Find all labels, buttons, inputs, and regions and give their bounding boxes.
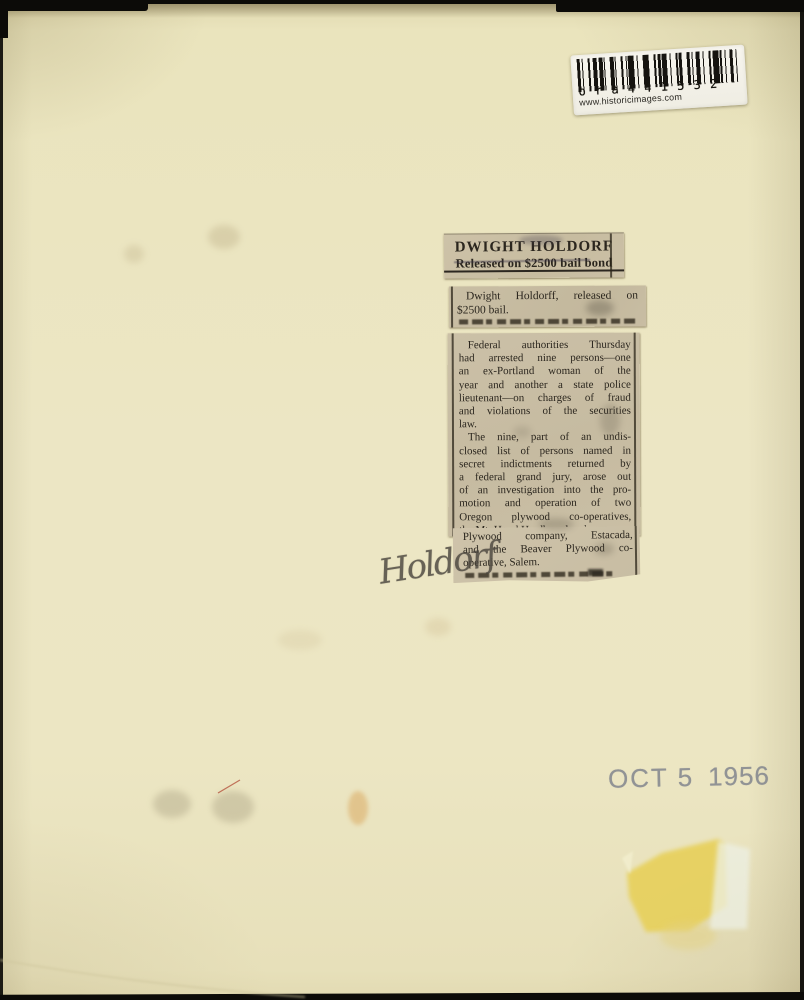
article-line: law. bbox=[459, 418, 631, 432]
scan-edge-left bbox=[0, 0, 3, 1000]
article-line: Oregon plywood co-operatives, bbox=[459, 510, 631, 524]
clipping-article: Federal authorities Thursday had arreste… bbox=[448, 333, 641, 537]
stain-blotch bbox=[278, 630, 322, 650]
caption-cutoff-line bbox=[459, 319, 637, 325]
article-line: a federal grand jury, arose out bbox=[459, 471, 631, 485]
article-line: motion and operation of two bbox=[459, 497, 631, 511]
photo-back-scan: o r a 4 4 1 5 3 2 www.historicimages.com… bbox=[0, 0, 804, 1000]
tape-residue-yellow bbox=[627, 839, 727, 932]
date-stamp-month-day: OCT 5 bbox=[608, 762, 695, 794]
scan-edge-right bbox=[800, 0, 804, 1000]
stain-orange bbox=[348, 791, 368, 825]
stain-blotch bbox=[153, 790, 191, 818]
column-rule bbox=[452, 333, 455, 536]
stains-overlay bbox=[0, 0, 804, 1000]
tape-notch-highlight bbox=[622, 851, 633, 874]
headline-bottom-rule bbox=[444, 269, 624, 272]
scan-edge-top-right bbox=[556, 0, 804, 12]
column-rule bbox=[634, 333, 637, 536]
crease-line bbox=[0, 960, 305, 997]
article-line: year and another a state police bbox=[459, 378, 631, 392]
scan-edge-top-left bbox=[0, 0, 148, 11]
tape-residue-white bbox=[710, 841, 750, 929]
caption-line: $2500 bail. bbox=[457, 303, 638, 317]
column-rule bbox=[635, 526, 638, 581]
inventory-sticker: o r a 4 4 1 5 3 2 www.historicimages.com bbox=[570, 45, 747, 116]
stain-blotch bbox=[425, 618, 451, 636]
article-line: an ex-Portland woman of the bbox=[459, 365, 631, 379]
stain-blotch bbox=[124, 245, 144, 263]
article-line: and violations of the securities bbox=[459, 405, 631, 419]
scan-edge-left-corner bbox=[0, 0, 8, 38]
article-line: The nine, part of an undis- bbox=[459, 431, 631, 445]
tape-residue-tail bbox=[660, 922, 716, 950]
article-line: of an investigation into the pro- bbox=[459, 484, 631, 498]
scan-edge-bottom bbox=[0, 992, 804, 1000]
red-scratch bbox=[218, 780, 240, 793]
article-line: Federal authorities Thursday bbox=[459, 339, 631, 353]
clipping-headline: DWIGHT HOLDORF Released on $2500 bail bo… bbox=[444, 232, 624, 278]
caption-line: Dwight Holdorff, released on bbox=[457, 290, 638, 304]
article-line: secret indictments returned by bbox=[459, 458, 631, 472]
date-stamp-year: 1956 bbox=[708, 760, 770, 791]
headline-title: DWIGHT HOLDORF bbox=[444, 238, 624, 256]
stain-blotch bbox=[212, 791, 254, 823]
article-line: closed list of persons named in bbox=[459, 444, 631, 458]
clipping-caption: Dwight Holdorff, released on $2500 bail. bbox=[449, 285, 646, 327]
stain-blotch bbox=[208, 225, 240, 249]
column-rule bbox=[610, 233, 612, 277]
column-rule bbox=[451, 286, 453, 327]
article-line: lieutenant—on charges of fraud bbox=[459, 392, 631, 406]
date-stamp: OCT 51956 bbox=[608, 760, 771, 794]
article-line: had arrested nine persons—one bbox=[459, 352, 631, 366]
